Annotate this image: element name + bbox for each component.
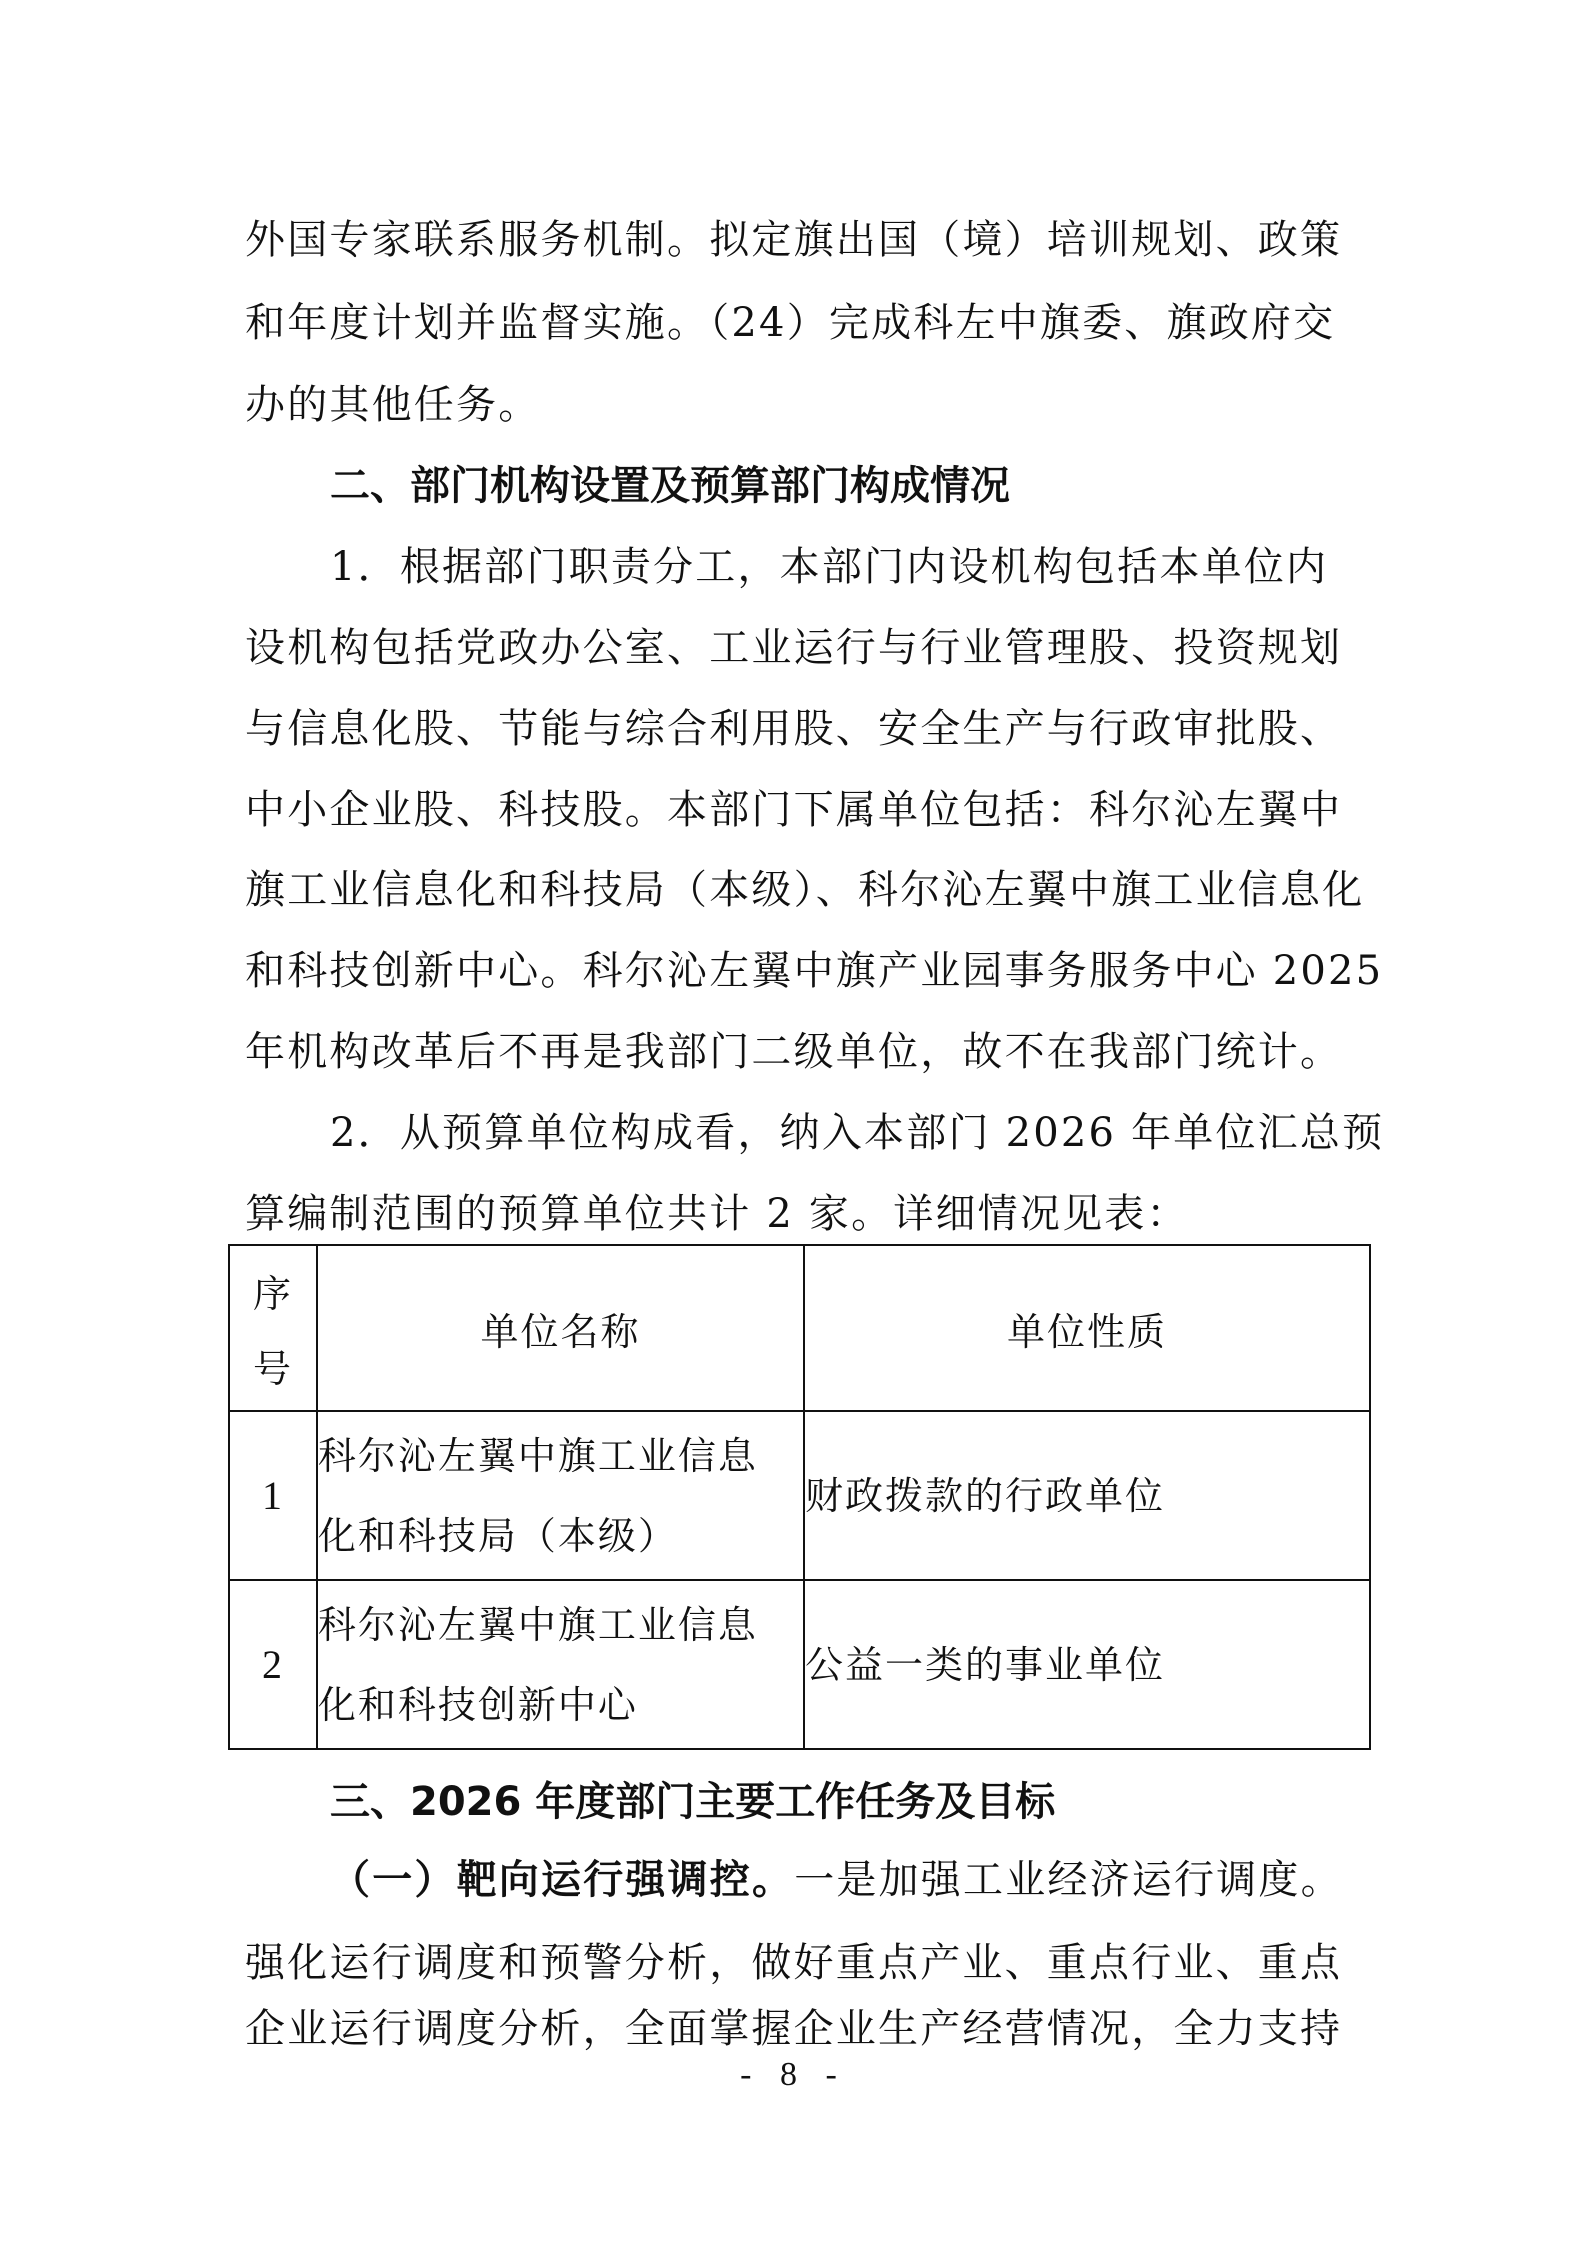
body-text-line: 强化运行调度和预警分析，做好重点产业、重点行业、重点 xyxy=(245,1939,1345,1987)
body-text-line: 企业运行调度分析，全面掌握企业生产经营情况，全力支持 xyxy=(245,2005,1345,2053)
body-text-line: 1．根据部门职责分工，本部门内设机构包括本单位内 xyxy=(330,543,1345,591)
cell-unit-type: 公益一类的事业单位 xyxy=(804,1580,1370,1749)
body-text-line: 算编制范围的预算单位共计 2 家。详细情况见表： xyxy=(245,1190,1345,1238)
item-title-bold: （一）靶向运行强调控。 xyxy=(330,1856,794,1903)
header-unit-type: 单位性质 xyxy=(804,1245,1370,1411)
cell-unit-name: 科尔沁左翼中旗工业信息 化和科技创新中心 xyxy=(317,1580,804,1749)
cell-serial-number: 1 xyxy=(229,1411,317,1580)
cell-unit-name-line: 科尔沁左翼中旗工业信息 xyxy=(318,1585,803,1665)
page-number: - 8 - xyxy=(0,2056,1587,2094)
table-header-row: 序 号 单位名称 单位性质 xyxy=(229,1245,1370,1411)
header-unit-name: 单位名称 xyxy=(317,1245,804,1411)
body-text-line: 与信息化股、节能与综合利用股、安全生产与行政审批股、 xyxy=(245,705,1345,753)
body-text-line: 中小企业股、科技股。本部门下属单位包括：科尔沁左翼中 xyxy=(245,786,1345,834)
item-text: 一是加强工业经济运行调度。 xyxy=(794,1857,1343,1903)
body-text-line: 和科技创新中心。科尔沁左翼中旗产业园事务服务中心 2025 xyxy=(245,947,1345,995)
cell-unit-type: 财政拨款的行政单位 xyxy=(804,1411,1370,1580)
header-serial-char: 号 xyxy=(253,1338,293,1393)
body-text-line: 外国专家联系服务机制。拟定旗出国（境）培训规划、政策 xyxy=(245,216,1345,264)
cell-unit-name: 科尔沁左翼中旗工业信息 化和科技局（本级） xyxy=(317,1411,804,1580)
table-row: 2 科尔沁左翼中旗工业信息 化和科技创新中心 公益一类的事业单位 xyxy=(229,1580,1370,1749)
cell-unit-name-line: 化和科技创新中心 xyxy=(318,1665,803,1745)
table-row: 1 科尔沁左翼中旗工业信息 化和科技局（本级） 财政拨款的行政单位 xyxy=(229,1411,1370,1580)
body-text-line: 设机构包括党政办公室、工业运行与行业管理股、投资规划 xyxy=(245,624,1345,672)
body-text-line: 2．从预算单位构成看，纳入本部门 2026 年单位汇总预 xyxy=(330,1109,1345,1157)
body-text-line: 办的其他任务。 xyxy=(245,381,1345,429)
header-serial-char: 序 xyxy=(253,1263,293,1318)
cell-serial-number: 2 xyxy=(229,1580,317,1749)
section-heading-3: 三、2026 年度部门主要工作任务及目标 xyxy=(330,1778,1345,1826)
cell-unit-name-line: 化和科技局（本级） xyxy=(318,1496,803,1576)
header-serial-number: 序 号 xyxy=(229,1245,317,1411)
budget-units-table: 序 号 单位名称 单位性质 1 科尔沁左翼中旗工业信息 化和科技局（本级） 财政… xyxy=(228,1244,1371,1750)
body-text-line: 旗工业信息化和科技局（本级）、科尔沁左翼中旗工业信息化 xyxy=(245,866,1345,914)
body-text-line: 和年度计划并监督实施。（24）完成科左中旗委、旗政府交 xyxy=(245,299,1345,347)
body-text-line: （一）靶向运行强调控。一是加强工业经济运行调度。 xyxy=(330,1856,1345,1904)
body-text-line: 年机构改革后不再是我部门二级单位，故不在我部门统计。 xyxy=(245,1028,1345,1076)
section-heading-2: 二、部门机构设置及预算部门构成情况 xyxy=(330,462,1345,510)
cell-unit-name-line: 科尔沁左翼中旗工业信息 xyxy=(318,1416,803,1496)
